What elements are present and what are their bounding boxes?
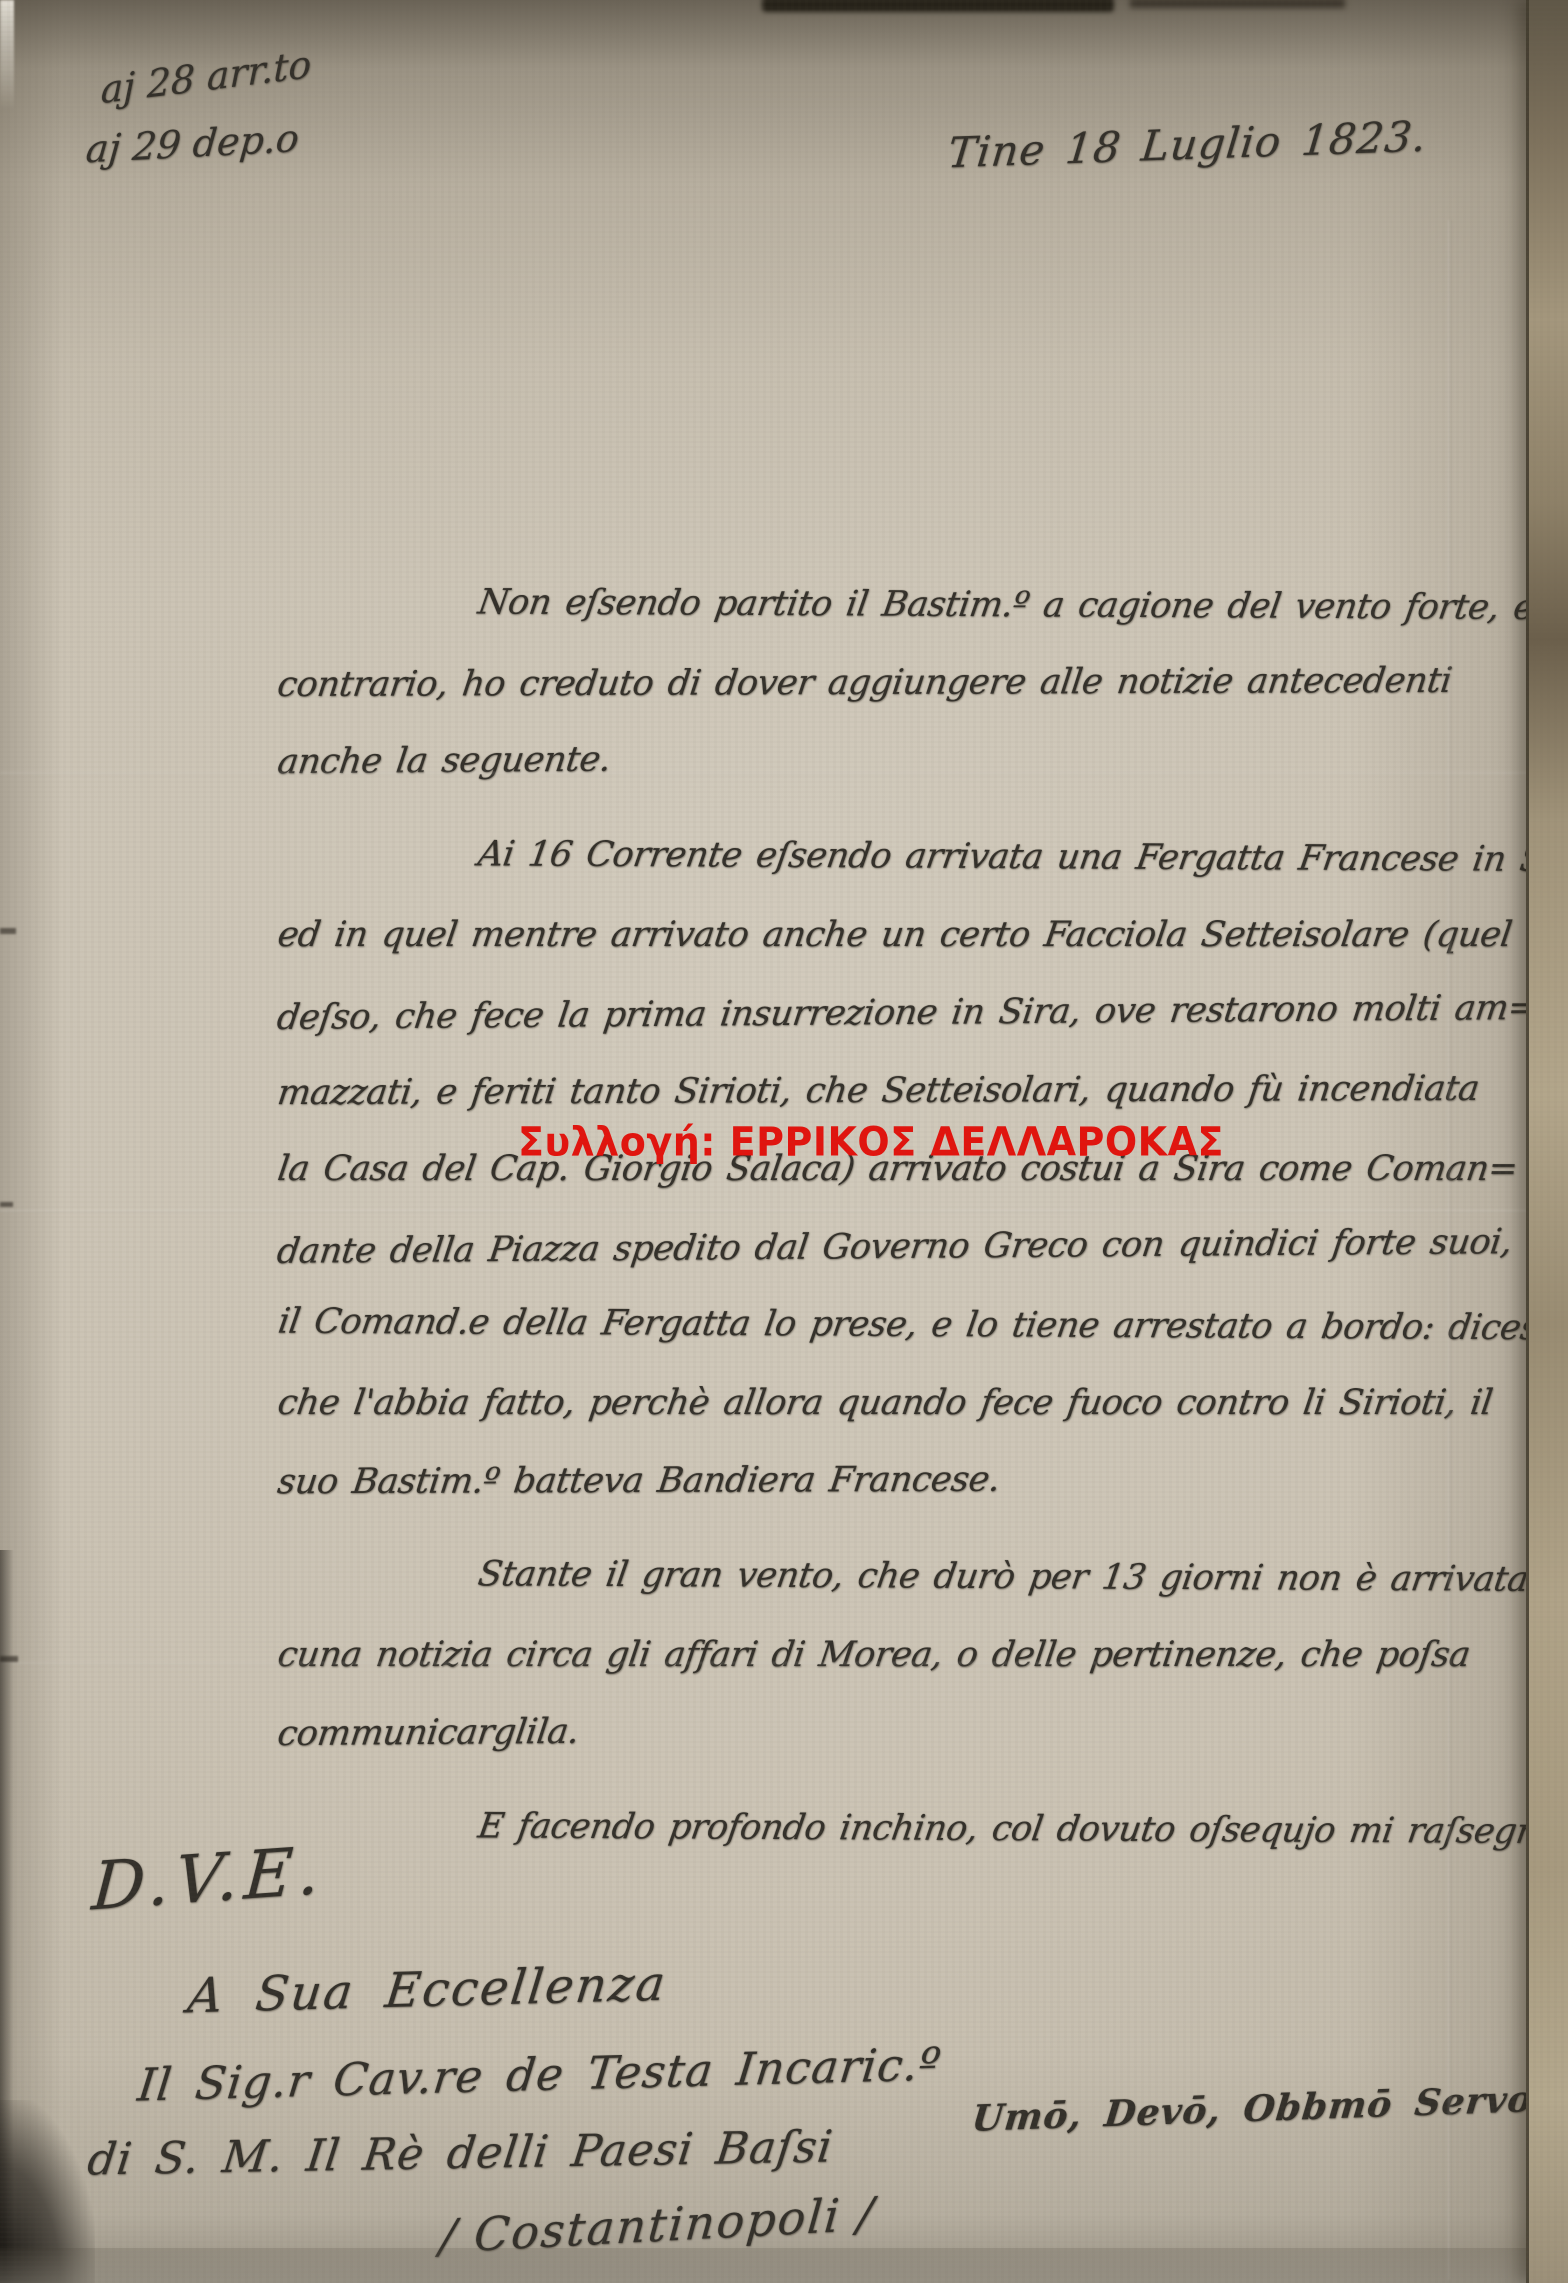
- body-line: cuna notizia circa gli affari di Morea, …: [278, 1616, 1558, 1694]
- body-line: deſso, che fece la prima insurrezione in…: [278, 974, 1558, 1052]
- vertical-paper-crease: [1448, 220, 1452, 2280]
- archival-note-line: aj 29 dep.o: [85, 116, 300, 171]
- paper-crease: [0, 1662, 1100, 1665]
- body-line: contrario, ho creduto di dover aggiunger…: [278, 644, 1558, 722]
- edge-mark: [0, 928, 16, 934]
- body-line: anche la seguente.: [278, 722, 1558, 800]
- body-line: communicarglila.: [278, 1694, 1558, 1772]
- cropped-text-edge-2: [1130, 0, 1345, 8]
- bottom-edge: [0, 2248, 1568, 2283]
- body-line: che l'abbia fatto, perchè allora quando …: [278, 1364, 1558, 1442]
- adjacent-page-edge: [1526, 0, 1568, 2283]
- collection-watermark: Συλλογή: ΕΡΡΙΚΟΣ ΔΕΛΛΑΡΟΚΑΣ: [518, 1119, 1224, 1165]
- address-line-2: Il Sig.r Cav.re de Testa Incaric.º: [137, 2037, 941, 2111]
- dateline: Tine 18 Luglio 1823.: [947, 112, 1427, 178]
- letter-body: Non eſsendo partito il Bastim.º a cagion…: [278, 566, 1558, 1868]
- archival-note-line: aj 28 arr.to: [98, 42, 315, 112]
- edge-mark: [0, 1202, 13, 1207]
- address-line-3: di S. M. Il Rè delli Paesi Baſsi: [88, 2122, 834, 2186]
- letter-photograph: aj 28 arr.toaj 29 dep.o Tine 18 Luglio 1…: [0, 0, 1568, 2283]
- paper-crease: [0, 772, 1530, 775]
- body-line: dante della Piazza spedito dal Governo G…: [278, 1208, 1558, 1286]
- body-line: E facendo profondo inchino, col dovuto o…: [278, 1790, 1558, 1868]
- body-line: Stante il gran vento, che durò per 13 gi…: [278, 1538, 1558, 1616]
- cropped-text-edge: [762, 0, 1114, 12]
- body-line: suo Bastim.º batteva Bandiera Francese.: [278, 1442, 1558, 1520]
- archival-notes: aj 28 arr.toaj 29 dep.o: [100, 55, 313, 165]
- body-line: il Comand.e della Fergatta lo prese, e l…: [278, 1286, 1558, 1364]
- address-line-1: A Sua Eccellenza: [187, 1956, 667, 2025]
- paper-crease: [0, 1210, 1530, 1213]
- body-line: ed in quel mentre arrivato anche un cert…: [278, 896, 1558, 974]
- valediction-initials: D.V.E.: [90, 1832, 329, 1925]
- body-line: Non eſsendo partito il Bastim.º a cagion…: [278, 566, 1558, 644]
- body-line: Ai 16 Corrente eſsendo arrivata una Ferg…: [278, 818, 1558, 896]
- page-corner-highlight: [0, 0, 14, 110]
